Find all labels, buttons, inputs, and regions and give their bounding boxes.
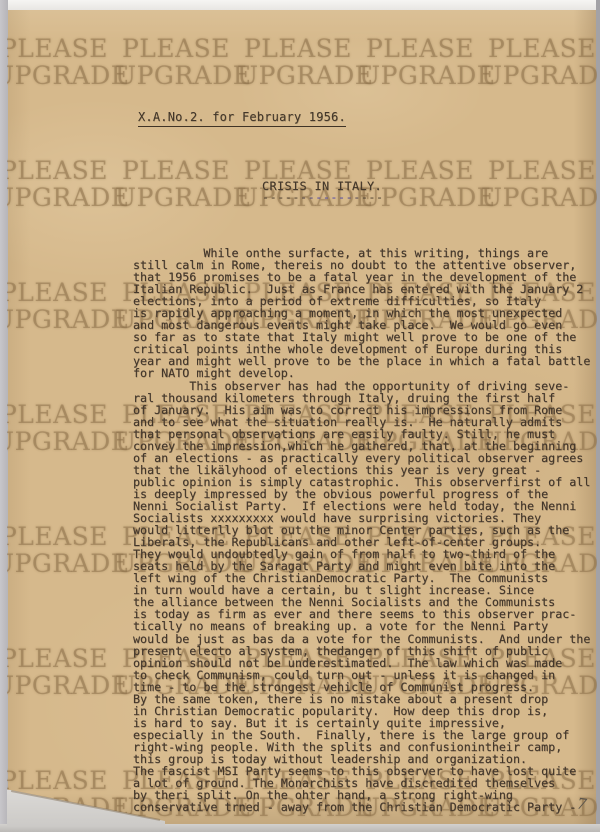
watermark-text: PLEASEUPGRADE xyxy=(7,523,115,577)
watermark-text: PLEASEUPGRADE xyxy=(7,645,115,699)
watermark-text: PLEASEUPGRADE xyxy=(481,35,597,89)
paper-sheet: PLEASEUPGRADEPLEASEUPGRADEPLEASEUPGRADEP… xyxy=(7,9,597,826)
watermark-text: PLEASEUPGRADE xyxy=(481,157,597,211)
document-number-heading: X.A.No.2. for February 1956. xyxy=(138,110,346,127)
scanned-page: { "watermark": { "line1": "PLEASE", "lin… xyxy=(0,0,600,832)
watermark-text: PLEASEUPGRADE xyxy=(7,35,115,89)
watermark-text: PLEASEUPGRADE xyxy=(7,279,115,333)
title-block: CRISIS IN ITALY. ---------------- xyxy=(262,179,384,202)
document-body-text: While onthe surfacte, at this writing, t… xyxy=(133,247,590,813)
title-dashed-underline: ---------------- xyxy=(262,193,384,202)
watermark-text: PLEASEUPGRADE xyxy=(115,157,237,211)
watermark-text: PLEASEUPGRADE xyxy=(237,35,359,89)
watermark-text: PLEASEUPGRADE xyxy=(115,35,237,89)
watermark-text: PLEASEUPGRADE xyxy=(359,35,481,89)
watermark-text: PLEASEUPGRADE xyxy=(7,401,115,455)
watermark-text: PLEASEUPGRADE xyxy=(7,157,115,211)
